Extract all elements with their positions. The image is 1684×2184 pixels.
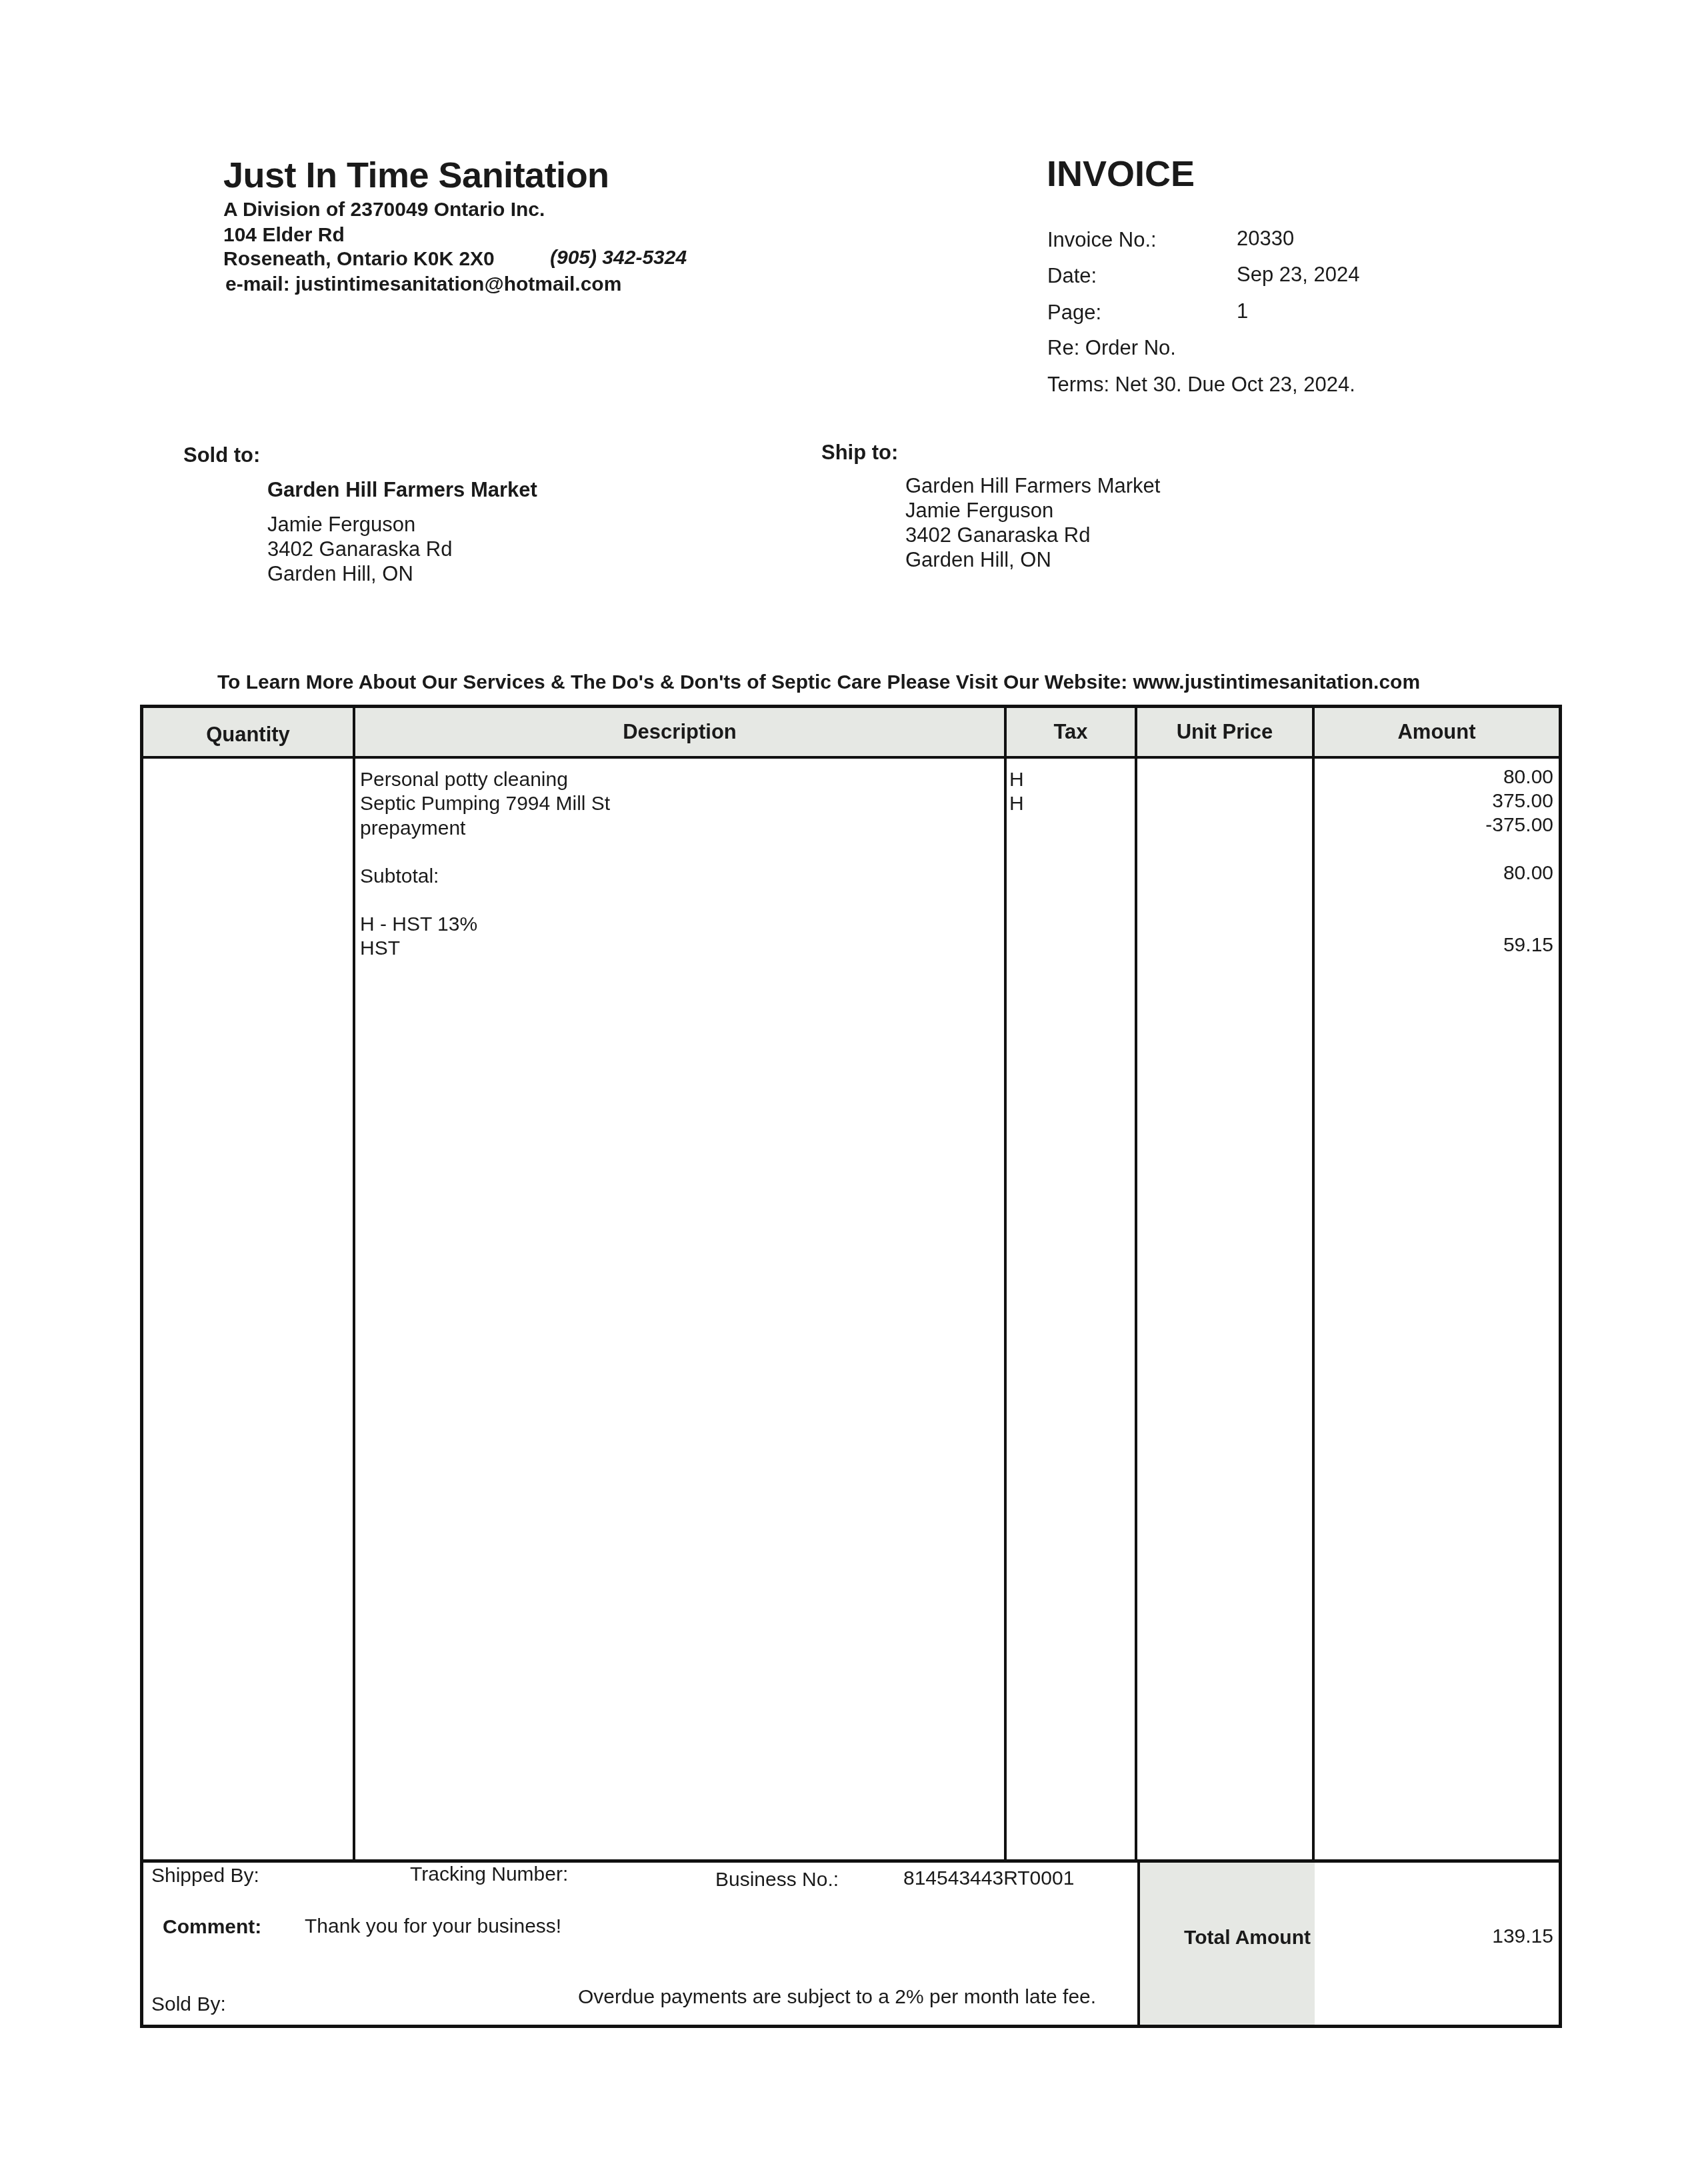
header-description: Description [355,708,1004,756]
company-city: Roseneath, Ontario K0K 2X0 [223,248,495,271]
ship-to-heading: Ship to: [821,441,898,465]
company-division: A Division of 2370049 Ontario Inc. [223,199,545,221]
page-value: 1 [1237,299,1248,323]
sold-to-name: Garden Hill Farmers Market [267,477,537,502]
ship-to-name: Garden Hill Farmers Market [905,473,1160,498]
total-amount-label: Total Amount [1141,1927,1311,1949]
ship-to-street: 3402 Ganaraska Rd [905,523,1090,547]
sold-to-heading: Sold to: [183,443,260,467]
date-label: Date: [1047,264,1097,288]
line-item-amount: 80.00 [1320,765,1553,789]
footer-divider [143,1859,1559,1863]
invoice-number-label: Invoice No.: [1047,228,1157,252]
divider-tax [1135,708,1137,1861]
page-label: Page: [1047,301,1101,325]
comment-label: Comment: [163,1916,261,1939]
subtotal-label: Subtotal: [360,865,439,889]
divider-description [1004,708,1007,1861]
order-number-label: Re: Order No. [1047,336,1176,360]
divider-unit-price [1312,708,1315,2025]
line-item-amount: 375.00 [1320,789,1553,813]
business-number-label: Business No.: [715,1869,839,1891]
late-fee-note: Overdue payments are subject to a 2% per… [578,1986,1096,2009]
divider-quantity [353,708,355,1861]
ship-to-city: Garden Hill, ON [905,547,1051,572]
date-value: Sep 23, 2024 [1237,263,1359,287]
business-number-value: 814543443RT0001 [903,1867,1074,1890]
header-amount: Amount [1315,708,1559,756]
hst-label: HST [360,937,400,961]
shipped-by-label: Shipped By: [151,1865,259,1887]
company-name: Just In Time Sanitation [223,155,609,196]
invoice-number-value: 20330 [1237,227,1294,251]
invoice-title: INVOICE [1047,153,1195,195]
line-item-tax: H [1009,768,1024,792]
sold-to-city: Garden Hill, ON [267,561,413,586]
company-email: e-mail: justintimesanitation@hotmail.com [225,273,621,296]
sold-to-contact: Jamie Ferguson [267,512,415,537]
line-item-description: Personal potty cleaning [360,768,568,792]
header-tax: Tax [1007,708,1135,756]
hst-amount: 59.15 [1320,933,1553,957]
comment-value: Thank you for your business! [305,1915,561,1938]
tracking-number-label: Tracking Number: [410,1863,568,1886]
header-unit-price: Unit Price [1137,708,1312,756]
line-item-description: prepayment [360,817,465,841]
sold-by-label: Sold By: [151,1993,226,2016]
subtotal-amount: 80.00 [1320,861,1553,885]
tax-code-line: H - HST 13% [360,913,477,937]
company-street: 104 Elder Rd [223,224,345,247]
divider-total-left [1137,1859,1140,2025]
line-item-amount: -375.00 [1320,813,1553,837]
terms: Terms: Net 30. Due Oct 23, 2024. [1047,373,1355,397]
line-item-description: Septic Pumping 7994 Mill St [360,792,610,816]
sold-to-street: 3402 Ganaraska Rd [267,537,452,561]
total-amount-value: 139.15 [1320,1925,1553,1948]
header-quantity: Quantity [143,711,353,759]
company-phone: (905) 342-5324 [550,247,687,269]
ship-to-contact: Jamie Ferguson [905,498,1053,523]
line-item-tax: H [1009,792,1024,816]
website-note: To Learn More About Our Services & The D… [217,671,1420,694]
